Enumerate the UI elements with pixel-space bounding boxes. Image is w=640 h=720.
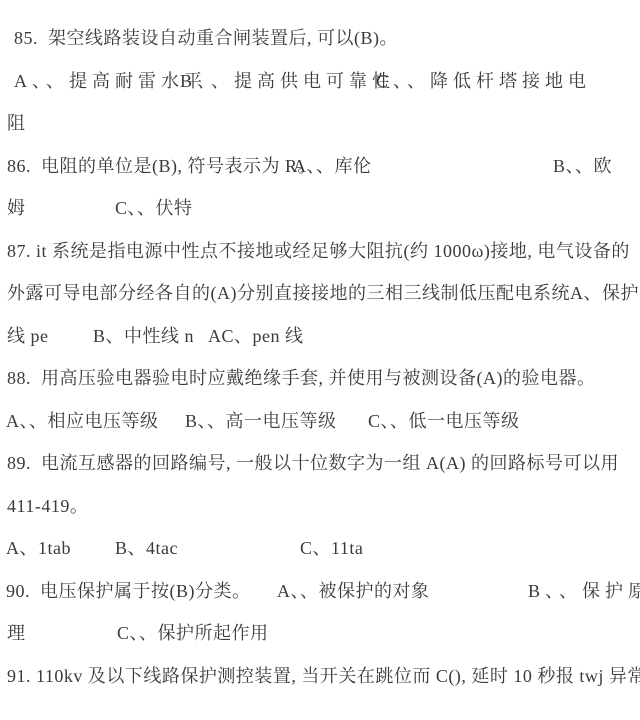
question-85-text: 85. 架空线路装设自动重合闸装置后, 可以(B)。 — [14, 24, 398, 52]
q86-option-b: B、、欧 — [553, 152, 612, 180]
question-87-text-line2: 外露可导电部分经各自的(A)分别直接接地的三相三线制低压配电系统 — [7, 279, 570, 307]
q87-option-a-wrap: 线 pe — [7, 322, 49, 350]
text-line: 姆 C、、伏特 — [0, 194, 640, 224]
q87-option-c: AC、pen 线 — [208, 322, 304, 350]
q88-option-c: C、、低一电压等级 — [368, 407, 520, 435]
q87-option-a: A、保护 — [570, 279, 639, 307]
question-86-text: 86. 电阻的单位是(B), 符号表示为 R。 — [7, 152, 316, 180]
q85-option-c-wrap: 阻 — [7, 109, 26, 137]
text-line: 90. 电压保护属于按(B)分类。 A、、被保护的对象 B、、保护原 — [0, 577, 640, 607]
q89-option-b: B、4tac — [115, 534, 178, 562]
text-line: 87. it 系统是指电源中性点不接地或经足够大阻抗(约 1000ω)接地, 电… — [0, 237, 640, 267]
document-page: 85. 架空线路装设自动重合闸装置后, 可以(B)。 A、、提高耐雷水平 B、、… — [0, 0, 640, 720]
question-90-text: 90. 电压保护属于按(B)分类。 — [6, 577, 251, 605]
text-line: A、1tab B、4tac C、11ta — [0, 534, 640, 564]
question-87-text: 87. it 系统是指电源中性点不接地或经足够大阻抗(约 1000ω)接地, 电… — [7, 237, 630, 265]
text-line: 85. 架空线路装设自动重合闸装置后, 可以(B)。 — [0, 24, 640, 54]
question-89-text: 89. 电流互感器的回路编号, 一般以十位数字为一组 A(A) 的回路标号可以用 — [7, 449, 619, 477]
q85-option-c: C、、降低杆塔接地电 — [376, 67, 591, 95]
text-line: 89. 电流互感器的回路编号, 一般以十位数字为一组 A(A) 的回路标号可以用 — [0, 449, 640, 479]
q86-option-b-wrap: 姆 — [7, 194, 26, 222]
q88-option-a: A、、相应电压等级 — [6, 407, 159, 435]
text-line: 88. 用高压验电器验电时应戴绝缘手套, 并使用与被测设备(A)的验电器。 — [0, 364, 640, 394]
q87-option-b: B、中性线 n — [93, 322, 194, 350]
text-line: 阻 — [0, 109, 640, 139]
text-line: 91. 110kv 及以下线路保护测控装置, 当开关在跳位而 C(), 延时 1… — [0, 662, 640, 692]
text-line: A、、提高耐雷水平 B、、提高供电可靠性 C、、降低杆塔接地电 — [0, 67, 640, 97]
text-line: 411-419。 — [0, 492, 640, 522]
q89-option-a: A、1tab — [6, 534, 71, 562]
text-line: A、、相应电压等级 B、、高一电压等级 C、、低一电压等级 — [0, 407, 640, 437]
text-line: 外露可导电部分经各自的(A)分别直接接地的三相三线制低压配电系统 A、保护 — [0, 279, 640, 309]
question-89-text-line2: 411-419。 — [7, 492, 88, 520]
text-line: 理 C、、保护所起作用 — [0, 619, 640, 649]
q85-option-a: A、、提高耐雷水平 — [14, 67, 207, 95]
text-line: 线 pe B、中性线 n AC、pen 线 — [0, 322, 640, 352]
q88-option-b: B、、高一电压等级 — [185, 407, 337, 435]
text-line: 86. 电阻的单位是(B), 符号表示为 R。 A、、库伦 B、、欧 — [0, 152, 640, 182]
q86-option-c: C、、伏特 — [115, 194, 193, 222]
q85-option-b: B、、提高供电可靠性 — [180, 67, 395, 95]
q90-option-b: B、、保护原 — [528, 577, 640, 605]
question-91-text: 91. 110kv 及以下线路保护测控装置, 当开关在跳位而 C(), 延时 1… — [7, 662, 640, 690]
q90-option-c: C、、保护所起作用 — [117, 619, 269, 647]
q86-option-a: A、、库伦 — [293, 152, 372, 180]
q89-option-c: C、11ta — [300, 534, 363, 562]
question-88-text: 88. 用高压验电器验电时应戴绝缘手套, 并使用与被测设备(A)的验电器。 — [7, 364, 595, 392]
q90-option-a: A、、被保护的对象 — [277, 577, 430, 605]
q90-option-b-wrap: 理 — [7, 619, 26, 647]
